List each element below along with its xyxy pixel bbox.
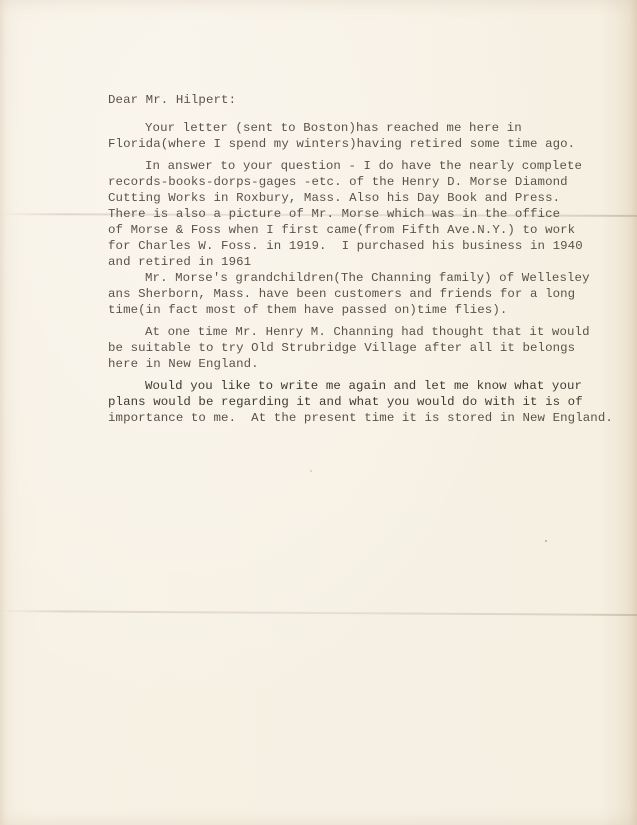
text-line: At one time Mr. Henry M. Channing had th… [108,324,618,340]
text-line: for Charles W. Foss. in 1919. I purchase… [108,238,618,254]
paper-speck [545,540,547,542]
text-line: Florida(where I spend my winters)having … [108,136,618,152]
text-line: There is also a picture of Mr. Morse whi… [108,206,618,222]
text-line: time(in fact most of them have passed on… [108,302,618,318]
text-line: be suitable to try Old Strubridge Villag… [108,340,618,356]
text-line: of Morse & Foss when I first came(from F… [108,222,618,238]
salutation: Dear Mr. Hilpert: [108,92,618,108]
text-line: records-books-dorps-gages -etc. of the H… [108,174,618,190]
paper-fold-line [0,610,637,616]
text-line: ans Sherborn, Mass. have been customers … [108,286,618,302]
paragraph-4: At one time Mr. Henry M. Channing had th… [108,324,618,372]
text-line: here in New England. [108,356,618,372]
paragraph-5: Would you like to write me again and let… [108,378,618,426]
text-line: Mr. Morse's grandchildren(The Channing f… [108,270,618,286]
text-line: plans would be regarding it and what you… [108,394,618,410]
letter-page: Dear Mr. Hilpert: Your letter (sent to B… [0,0,637,825]
text-line: In answer to your question - I do have t… [108,158,618,174]
text-line: Would you like to write me again and let… [108,378,618,394]
paragraph-2: In answer to your question - I do have t… [108,158,618,270]
paragraph-1: Your letter (sent to Boston)has reached … [108,120,618,152]
text-line: and retired in 1961 [108,254,618,270]
text-line: Cutting Works in Roxbury, Mass. Also his… [108,190,618,206]
paper-speck [310,470,312,472]
paragraph-3: Mr. Morse's grandchildren(The Channing f… [108,270,618,318]
letter-body: Dear Mr. Hilpert: Your letter (sent to B… [108,92,618,432]
text-line: importance to me. At the present time it… [108,410,618,426]
text-line: Your letter (sent to Boston)has reached … [108,120,618,136]
